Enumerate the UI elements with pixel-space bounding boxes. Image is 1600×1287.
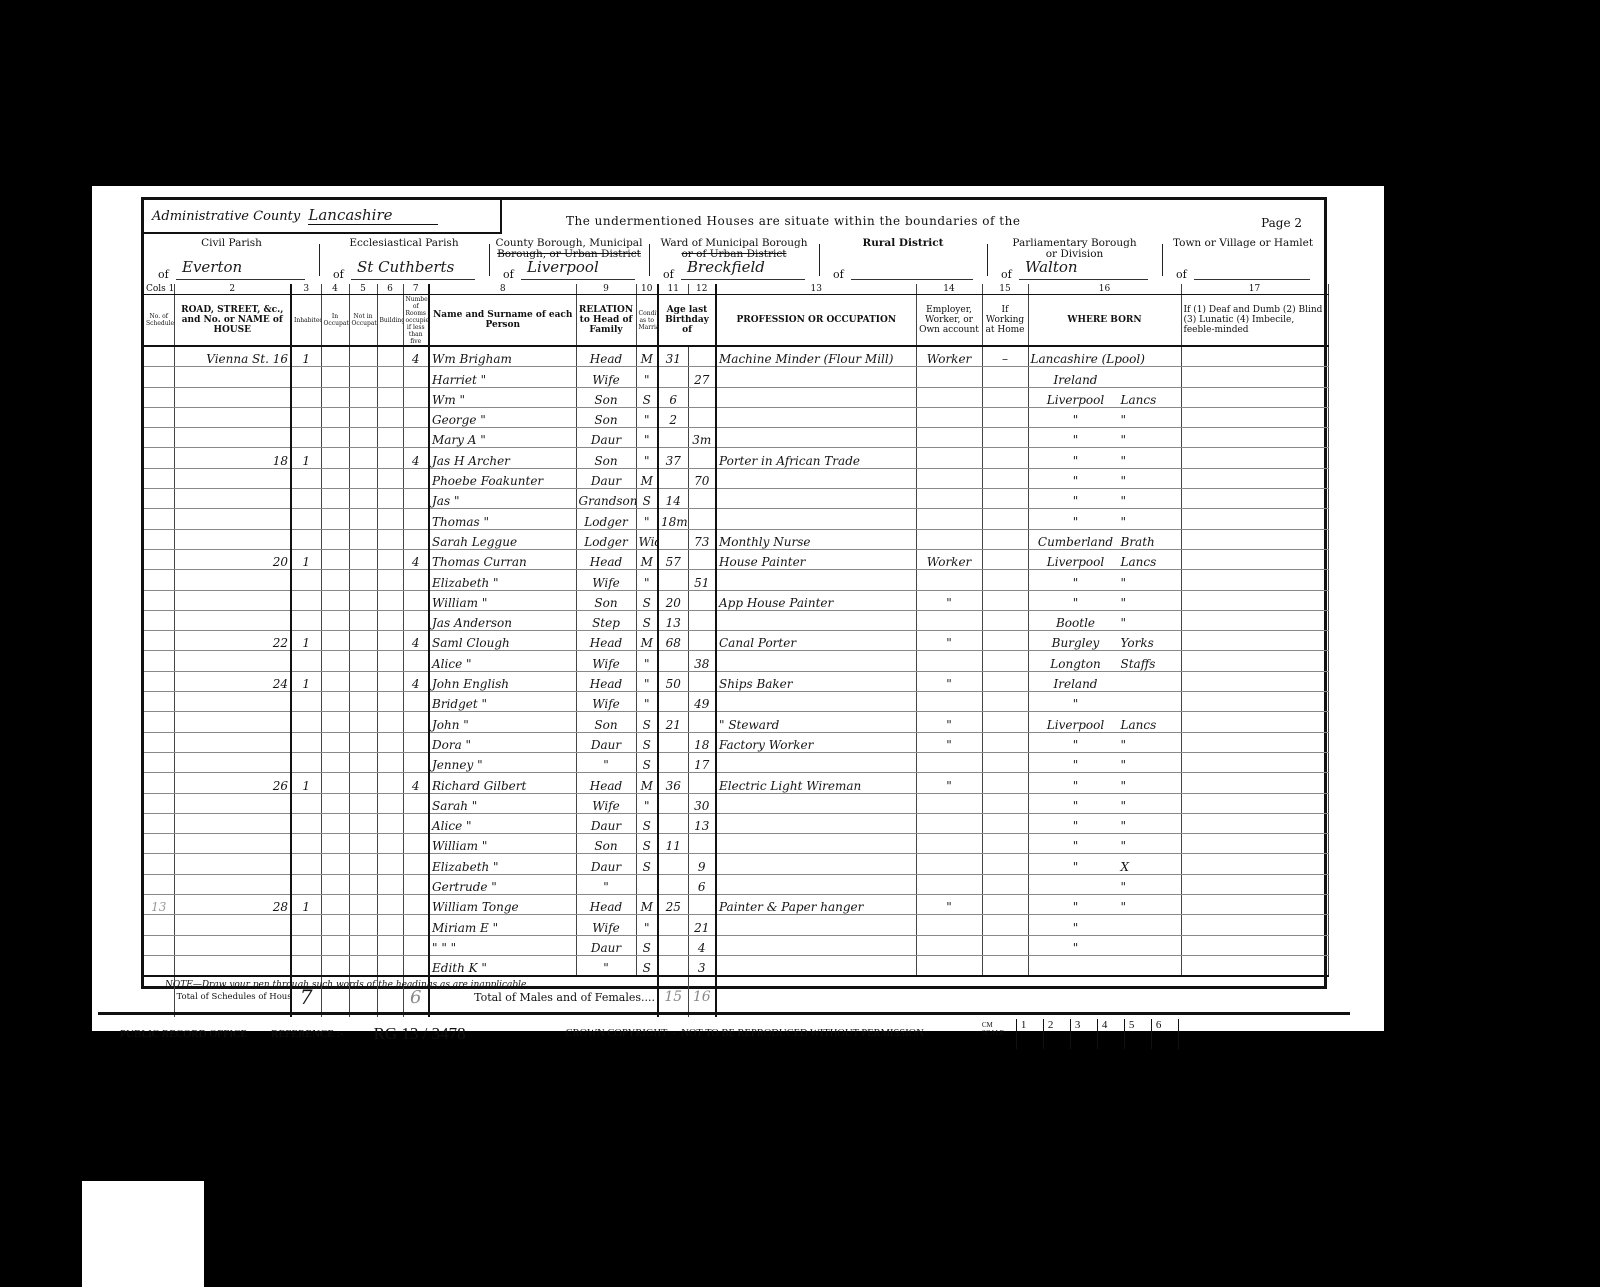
relation: Wife	[576, 651, 636, 671]
female-age: 3	[688, 955, 716, 976]
houses-in-occupation	[321, 712, 349, 732]
houses-not-in-occupation	[349, 813, 377, 833]
schedule-number	[144, 549, 174, 569]
condition: S	[636, 712, 658, 732]
male-age: 13	[658, 610, 688, 630]
infirmity	[1181, 955, 1328, 976]
footer-office: PUBLIC RECORD OFFICE	[120, 1028, 247, 1040]
houses-in-occupation	[321, 692, 349, 712]
birth-county: "	[1121, 413, 1127, 427]
infirmity	[1181, 448, 1328, 468]
header-relation: RELATION to Head of Family	[576, 295, 636, 347]
birth-county: Staffs	[1121, 657, 1156, 671]
condition: "	[636, 407, 658, 427]
birth-place: "	[1031, 454, 1121, 468]
working-at-home	[982, 671, 1028, 691]
footer-reference: RG 13 / 3478	[374, 1024, 466, 1044]
employer-status: Worker	[916, 549, 982, 569]
where-born: ""	[1028, 509, 1181, 529]
employer-status	[916, 651, 982, 671]
district-county-borough: County Borough, Municipal Borough, or Ur…	[489, 236, 649, 284]
rooms	[403, 752, 429, 772]
person-name: Wm Brigham	[429, 346, 576, 367]
relation: Wife	[576, 915, 636, 935]
rooms: 4	[403, 671, 429, 691]
working-at-home	[982, 895, 1028, 915]
houses-in-occupation	[321, 428, 349, 448]
blank-label-card	[82, 1181, 204, 1287]
working-at-home	[982, 549, 1028, 569]
person-name: Dora "	[429, 732, 576, 752]
condition: "	[636, 915, 658, 935]
relation: Head	[576, 895, 636, 915]
condition: S	[636, 955, 658, 976]
houses-in-occupation	[321, 610, 349, 630]
occupation	[716, 610, 916, 630]
where-born: ""	[1028, 813, 1181, 833]
col-num: 16	[1028, 284, 1181, 295]
where-born: ""	[1028, 732, 1181, 752]
birth-place: "	[1031, 758, 1121, 772]
relation: Wife	[576, 367, 636, 387]
relation: Son	[576, 407, 636, 427]
infirmity	[1181, 428, 1328, 448]
houses-not-in-occupation	[349, 692, 377, 712]
houses-building	[377, 631, 403, 651]
birth-county: "	[1121, 576, 1127, 590]
address	[174, 367, 291, 387]
houses-inhabited: 1	[291, 549, 321, 569]
schedule-number	[144, 387, 174, 407]
address	[174, 407, 291, 427]
district-civil-parish: Civil Parish of Everton	[144, 236, 319, 284]
houses-in-occupation	[321, 529, 349, 549]
where-born: "	[1028, 874, 1181, 894]
rooms	[403, 874, 429, 894]
relation: Daur	[576, 732, 636, 752]
table-row: William "SonS20App House Painter"""	[144, 590, 1328, 610]
female-age	[688, 671, 716, 691]
table-row: Thomas "Lodger"18m""	[144, 509, 1328, 529]
houses-inhabited	[291, 793, 321, 813]
occupation	[716, 489, 916, 509]
female-age: 30	[688, 793, 716, 813]
scale-cell: 4	[1097, 1019, 1124, 1049]
relation: Daur	[576, 813, 636, 833]
male-age: 20	[658, 590, 688, 610]
houses-not-in-occupation	[349, 651, 377, 671]
houses-not-in-occupation	[349, 915, 377, 935]
address	[174, 428, 291, 448]
schedule-number	[144, 692, 174, 712]
birth-place: "	[1031, 839, 1121, 853]
schedule-number	[144, 793, 174, 813]
houses-not-in-occupation	[349, 367, 377, 387]
schedule-number	[144, 651, 174, 671]
schedule-number	[144, 367, 174, 387]
houses-not-in-occupation	[349, 935, 377, 955]
birth-county: "	[1121, 596, 1127, 610]
female-age	[688, 549, 716, 569]
infirmity	[1181, 935, 1328, 955]
female-age: 13	[688, 813, 716, 833]
birth-place: Ireland	[1031, 677, 1121, 691]
address: 24	[174, 671, 291, 691]
col-num: Cols 1	[144, 284, 174, 295]
infirmity	[1181, 712, 1328, 732]
male-age: 37	[658, 448, 688, 468]
occupation	[716, 428, 916, 448]
houses-not-in-occupation	[349, 773, 377, 793]
houses-building	[377, 813, 403, 833]
houses-in-occupation	[321, 793, 349, 813]
rooms	[403, 915, 429, 935]
birth-county: "	[1121, 616, 1127, 630]
condition: M	[636, 631, 658, 651]
occupation: " Steward	[716, 712, 916, 732]
footer-copyright: CROWN COPYRIGHT - NOT TO BE REPRODUCED W…	[566, 1028, 924, 1039]
schedule-number	[144, 732, 174, 752]
where-born: Ireland	[1028, 671, 1181, 691]
relation: Daur	[576, 468, 636, 488]
employer-status	[916, 387, 982, 407]
rooms	[403, 793, 429, 813]
male-age	[658, 428, 688, 448]
employer-status	[916, 468, 982, 488]
male-age	[658, 915, 688, 935]
working-at-home	[982, 712, 1028, 732]
male-age	[658, 692, 688, 712]
birth-county: "	[1121, 779, 1127, 793]
houses-building	[377, 793, 403, 813]
infirmity	[1181, 732, 1328, 752]
houses-not-in-occupation	[349, 428, 377, 448]
female-age: 9	[688, 854, 716, 874]
where-born: "	[1028, 692, 1181, 712]
infirmity	[1181, 834, 1328, 854]
where-born: ""	[1028, 895, 1181, 915]
scale-cell: 3	[1070, 1019, 1097, 1049]
table-row: Alice "DaurS13""	[144, 813, 1328, 833]
working-at-home	[982, 509, 1028, 529]
infirmity	[1181, 692, 1328, 712]
birth-place: "	[1031, 941, 1121, 955]
condition: M	[636, 773, 658, 793]
rooms	[403, 428, 429, 448]
houses-building	[377, 549, 403, 569]
table-row: Sarah LeggueLodgerWid73Monthly NurseCumb…	[144, 529, 1328, 549]
working-at-home	[982, 610, 1028, 630]
schedule-number: 13	[144, 895, 174, 915]
houses-not-in-occupation	[349, 387, 377, 407]
male-age	[658, 955, 688, 976]
working-at-home	[982, 387, 1028, 407]
district-town: Town or Village or Hamlet of	[1162, 236, 1324, 284]
female-age	[688, 773, 716, 793]
houses-inhabited: 1	[291, 448, 321, 468]
rooms	[403, 651, 429, 671]
houses-building	[377, 590, 403, 610]
table-row: Dora "DaurS18Factory Worker"""	[144, 732, 1328, 752]
condition: S	[636, 854, 658, 874]
male-age: 31	[658, 346, 688, 367]
houses-building	[377, 651, 403, 671]
birth-place: Cumberland	[1031, 535, 1121, 549]
employer-status	[916, 915, 982, 935]
where-born: ""	[1028, 793, 1181, 813]
employer-status	[916, 752, 982, 772]
houses-inhabited	[291, 854, 321, 874]
working-at-home	[982, 874, 1028, 894]
person-name: Phoebe Foakunter	[429, 468, 576, 488]
person-name: Elizabeth "	[429, 854, 576, 874]
col-num: 6	[377, 284, 403, 295]
relation: Lodger	[576, 509, 636, 529]
infirmity	[1181, 631, 1328, 651]
female-age: 38	[688, 651, 716, 671]
houses-building	[377, 773, 403, 793]
address	[174, 590, 291, 610]
address	[174, 915, 291, 935]
relation: Step	[576, 610, 636, 630]
relation: Daur	[576, 428, 636, 448]
employer-status: "	[916, 895, 982, 915]
houses-inhabited	[291, 468, 321, 488]
where-born: LiverpoolLancs	[1028, 549, 1181, 569]
address	[174, 834, 291, 854]
houses-in-occupation	[321, 813, 349, 833]
schedule-number	[144, 671, 174, 691]
female-age: 21	[688, 915, 716, 935]
occupation: Canal Porter	[716, 631, 916, 651]
person-name: " " "	[429, 935, 576, 955]
houses-in-occupation	[321, 955, 349, 976]
relation: Son	[576, 387, 636, 407]
header-employer: Employer, Worker, or Own account	[916, 295, 982, 347]
of-label: of	[158, 269, 169, 280]
rooms	[403, 367, 429, 387]
table-row: George "Son"2""	[144, 407, 1328, 427]
infirmity	[1181, 509, 1328, 529]
rooms	[403, 570, 429, 590]
employer-status: "	[916, 712, 982, 732]
occupation	[716, 915, 916, 935]
infirmity	[1181, 489, 1328, 509]
female-age	[688, 509, 716, 529]
address	[174, 793, 291, 813]
address: 28	[174, 895, 291, 915]
birth-county: X	[1121, 860, 1130, 874]
person-name: Wm "	[429, 387, 576, 407]
relation: Head	[576, 631, 636, 651]
working-at-home	[982, 692, 1028, 712]
table-row: Jenney ""S17""	[144, 752, 1328, 772]
houses-in-occupation	[321, 387, 349, 407]
houses-not-in-occupation	[349, 874, 377, 894]
occupation	[716, 570, 916, 590]
birth-county: "	[1121, 738, 1127, 752]
address	[174, 529, 291, 549]
where-born	[1028, 955, 1181, 976]
district-rural: Rural District of	[819, 236, 987, 284]
table-row: Miriam E "Wife"21"	[144, 915, 1328, 935]
houses-inhabited	[291, 529, 321, 549]
of-label: of	[333, 269, 344, 280]
person-name: Jas H Archer	[429, 448, 576, 468]
female-age: 6	[688, 874, 716, 894]
where-born: Lancashire (Lpool)	[1028, 346, 1181, 367]
houses-inhabited: 1	[291, 346, 321, 367]
male-age	[658, 854, 688, 874]
male-age: 2	[658, 407, 688, 427]
person-name: John "	[429, 712, 576, 732]
employer-status: "	[916, 671, 982, 691]
houses-building	[377, 570, 403, 590]
schedule-number	[144, 631, 174, 651]
relation: Daur	[576, 935, 636, 955]
header-condition: Condition as to Marriage	[636, 295, 658, 347]
header-working-home: If Working at Home	[982, 295, 1028, 347]
administrative-county: Administrative County Lancashire	[144, 200, 502, 234]
schedule-number	[144, 854, 174, 874]
infirmity	[1181, 549, 1328, 569]
condition: "	[636, 692, 658, 712]
male-age	[658, 468, 688, 488]
relation: Lodger	[576, 529, 636, 549]
female-age: 27	[688, 367, 716, 387]
houses-in-occupation	[321, 468, 349, 488]
male-age: 6	[658, 387, 688, 407]
schedule-number	[144, 915, 174, 935]
person-name: Jenney "	[429, 752, 576, 772]
working-at-home	[982, 955, 1028, 976]
occupation: Electric Light Wireman	[716, 773, 916, 793]
person-name: Sarah "	[429, 793, 576, 813]
page-number: Page 2	[1261, 216, 1302, 230]
infirmity	[1181, 874, 1328, 894]
infirmity	[1181, 651, 1328, 671]
table-row: 13281William TongeHeadM25Painter & Paper…	[144, 895, 1328, 915]
working-at-home	[982, 529, 1028, 549]
houses-in-occupation	[321, 489, 349, 509]
houses-inhabited	[291, 712, 321, 732]
person-name: William "	[429, 834, 576, 854]
employer-status	[916, 692, 982, 712]
rooms	[403, 813, 429, 833]
col-num: 13	[716, 284, 916, 295]
birth-county: Lancs	[1121, 555, 1157, 569]
schedule-number	[144, 955, 174, 976]
table-row: Sarah "Wife"30""	[144, 793, 1328, 813]
houses-not-in-occupation	[349, 671, 377, 691]
houses-building	[377, 692, 403, 712]
condition: "	[636, 448, 658, 468]
address	[174, 570, 291, 590]
birth-place: "	[1031, 413, 1121, 427]
schedule-number	[144, 834, 174, 854]
rooms	[403, 407, 429, 427]
address	[174, 935, 291, 955]
table-row: Wm "SonS6LiverpoolLancs	[144, 387, 1328, 407]
relation: Daur	[576, 854, 636, 874]
person-name: George "	[429, 407, 576, 427]
person-name: Harriet "	[429, 367, 576, 387]
houses-building	[377, 732, 403, 752]
houses-not-in-occupation	[349, 570, 377, 590]
rooms	[403, 610, 429, 630]
houses-not-in-occupation	[349, 489, 377, 509]
form-note: NOTE—Draw your pen through such words of…	[165, 980, 529, 990]
district-label: Civil Parish	[144, 238, 319, 249]
infirmity	[1181, 895, 1328, 915]
schedule-number	[144, 428, 174, 448]
working-at-home	[982, 752, 1028, 772]
birth-county: Lancs	[1121, 393, 1157, 407]
rooms	[403, 854, 429, 874]
rooms: 4	[403, 448, 429, 468]
where-born: "	[1028, 915, 1181, 935]
where-born: LongtonStaffs	[1028, 651, 1181, 671]
houses-in-occupation	[321, 448, 349, 468]
condition: S	[636, 387, 658, 407]
occupation: Ships Baker	[716, 671, 916, 691]
rooms: 4	[403, 631, 429, 651]
employer-status: "	[916, 732, 982, 752]
working-at-home	[982, 915, 1028, 935]
scale-cell: 5	[1124, 1019, 1151, 1049]
address	[174, 509, 291, 529]
district-value: Liverpool	[521, 262, 635, 280]
birth-county: Lancs	[1121, 718, 1157, 732]
condition: S	[636, 610, 658, 630]
rooms: 4	[403, 346, 429, 367]
employer-status: "	[916, 631, 982, 651]
houses-in-occupation	[321, 854, 349, 874]
houses-not-in-occupation	[349, 854, 377, 874]
column-header-row: No. of Schedule ROAD, STREET, &c., and N…	[144, 295, 1328, 347]
houses-not-in-occupation	[349, 448, 377, 468]
rooms	[403, 590, 429, 610]
address: 18	[174, 448, 291, 468]
table-row: 2214Saml CloughHeadM68Canal Porter"Burgl…	[144, 631, 1328, 651]
birth-place: "	[1031, 515, 1121, 529]
address	[174, 874, 291, 894]
houses-inhabited: 1	[291, 671, 321, 691]
houses-inhabited	[291, 874, 321, 894]
rooms	[403, 895, 429, 915]
houses-building	[377, 874, 403, 894]
houses-not-in-occupation	[349, 631, 377, 651]
houses-inhabited	[291, 610, 321, 630]
houses-inhabited	[291, 692, 321, 712]
table-row: Alice "Wife"38LongtonStaffs	[144, 651, 1328, 671]
male-age: 68	[658, 631, 688, 651]
houses-not-in-occupation	[349, 346, 377, 367]
birth-county: "	[1121, 819, 1127, 833]
address	[174, 813, 291, 833]
district-value: Breckfield	[681, 262, 805, 280]
occupation	[716, 692, 916, 712]
boundaries-banner: The undermentioned Houses are situate wi…	[566, 214, 1020, 228]
col-num: 9	[576, 284, 636, 295]
where-born: ""	[1028, 428, 1181, 448]
infirmity	[1181, 529, 1328, 549]
male-age	[658, 813, 688, 833]
condition: Wid	[636, 529, 658, 549]
houses-building	[377, 610, 403, 630]
archive-footer: PUBLIC RECORD OFFICE REFERENCE :- RG 13 …	[98, 1012, 1350, 1052]
admin-county-value: Lancashire	[308, 206, 438, 225]
